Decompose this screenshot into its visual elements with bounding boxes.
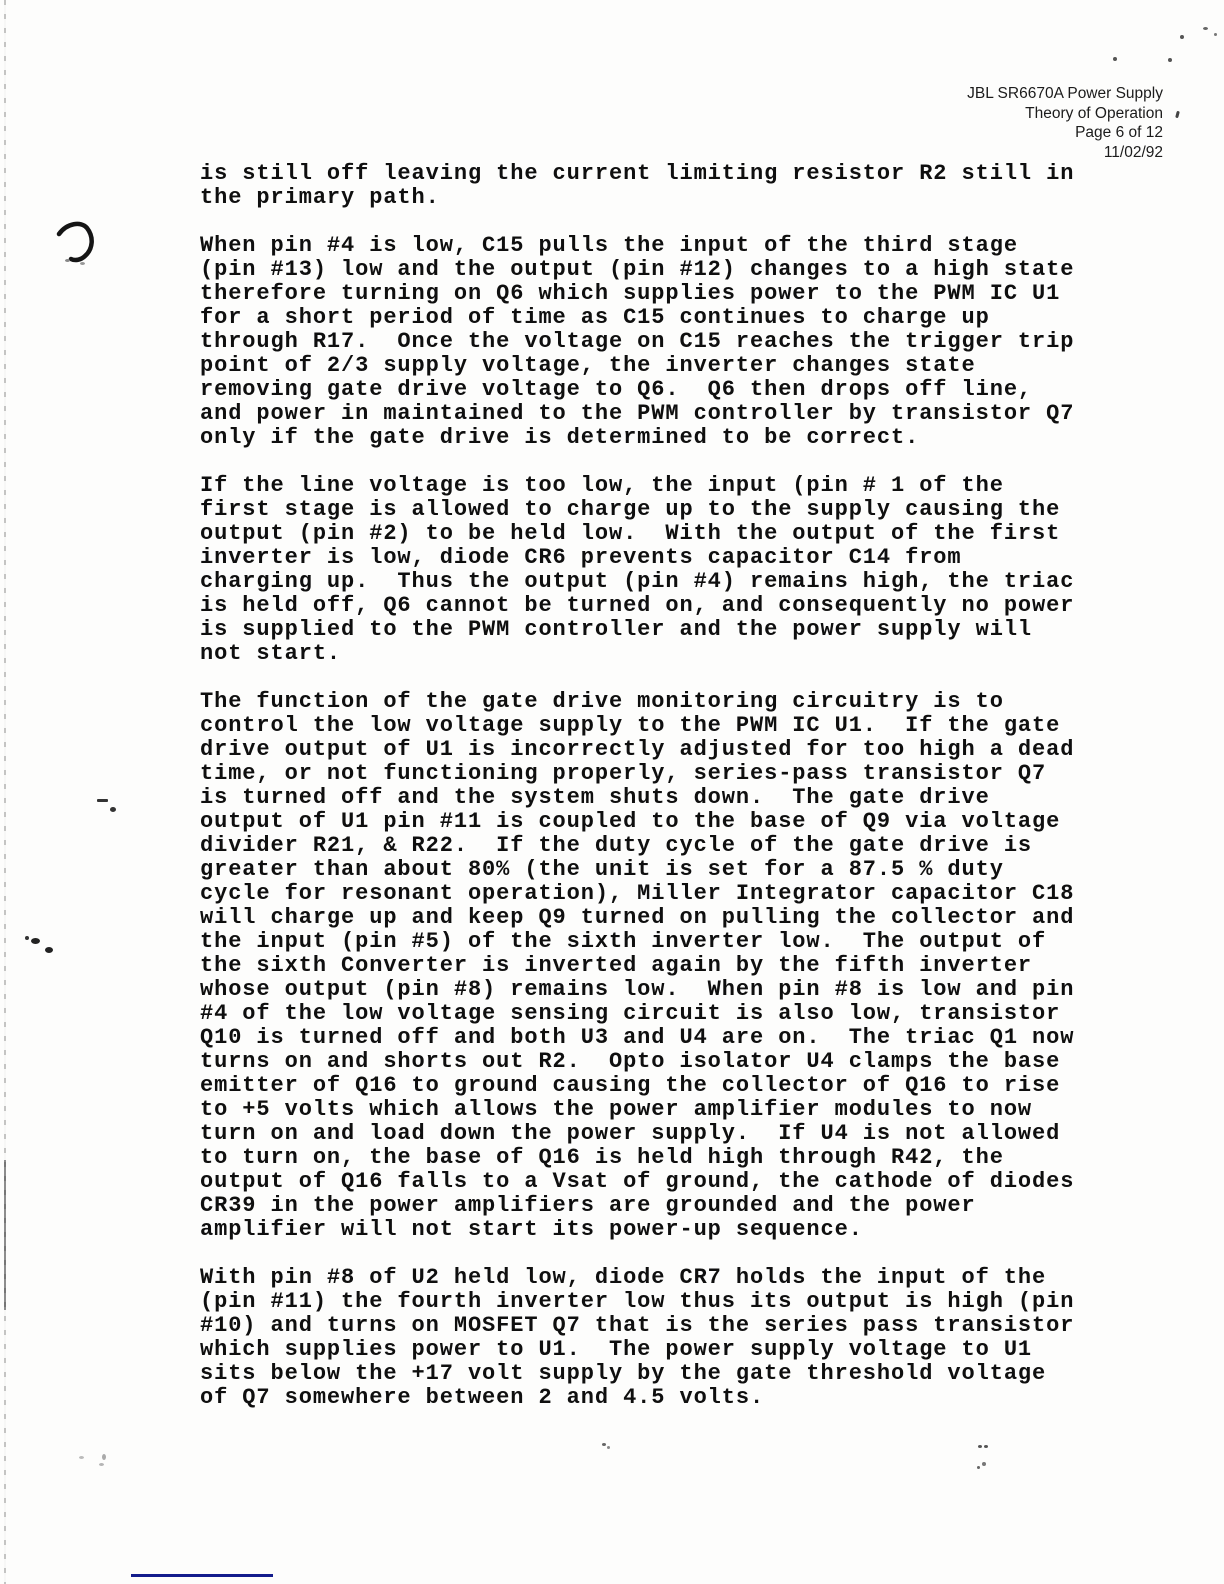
scan-speck bbox=[99, 1463, 104, 1466]
scan-edge-artifact bbox=[4, 0, 6, 1584]
scan-speck bbox=[79, 1456, 84, 1459]
scan-speck bbox=[977, 1466, 980, 1469]
header-doc-subtitle: Theory of Operation bbox=[967, 104, 1163, 124]
paragraph: When pin #4 is low, C15 pulls the input … bbox=[200, 234, 1110, 450]
scan-speck bbox=[102, 1454, 106, 1460]
scan-speck bbox=[1203, 27, 1208, 30]
scan-speck bbox=[1175, 111, 1180, 119]
header-doc-title: JBL SR6670A Power Supply bbox=[967, 84, 1163, 104]
scan-speck bbox=[1168, 58, 1172, 62]
scan-speck bbox=[25, 936, 29, 940]
paragraph: is still off leaving the current limitin… bbox=[200, 162, 1110, 210]
scan-speck bbox=[45, 947, 53, 953]
scan-speck bbox=[1113, 57, 1117, 61]
handwritten-pen-mark bbox=[55, 218, 103, 270]
scan-speck bbox=[97, 799, 108, 802]
ink-underline bbox=[131, 1574, 273, 1577]
scan-speck bbox=[65, 259, 70, 262]
scan-speck bbox=[978, 1445, 982, 1448]
header-page-number: Page 6 of 12 bbox=[967, 123, 1163, 143]
scan-speck bbox=[984, 1445, 988, 1448]
scan-speck bbox=[31, 938, 40, 944]
scan-speck bbox=[1214, 33, 1217, 36]
scan-speck bbox=[1180, 35, 1184, 39]
scan-speck bbox=[80, 262, 85, 265]
scan-speck bbox=[602, 1443, 606, 1446]
scan-speck bbox=[607, 1446, 610, 1449]
scanned-document-page: JBL SR6670A Power Supply Theory of Opera… bbox=[0, 0, 1224, 1584]
scan-speck bbox=[982, 1462, 986, 1466]
paragraph: With pin #8 of U2 held low, diode CR7 ho… bbox=[200, 1266, 1110, 1410]
document-body: is still off leaving the current limitin… bbox=[200, 162, 1110, 1434]
paragraph: The function of the gate drive monitorin… bbox=[200, 690, 1110, 1242]
document-header: JBL SR6670A Power Supply Theory of Opera… bbox=[967, 84, 1163, 162]
paragraph: If the line voltage is too low, the inpu… bbox=[200, 474, 1110, 666]
scan-edge-artifact-dark bbox=[4, 1160, 6, 1310]
scan-speck bbox=[110, 807, 116, 812]
header-date: 11/02/92 bbox=[967, 143, 1163, 163]
